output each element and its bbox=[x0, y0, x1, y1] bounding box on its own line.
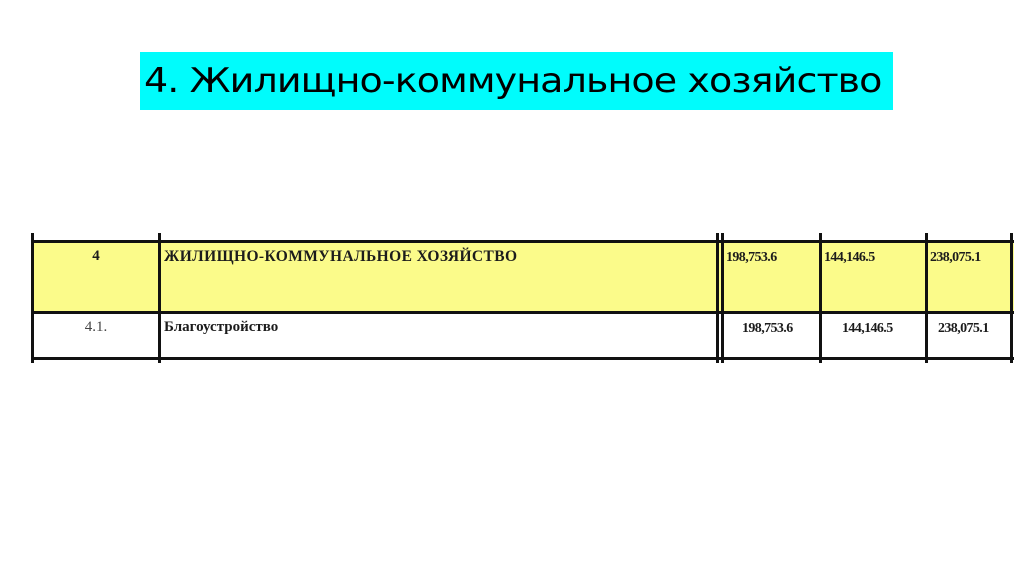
item-code: 4.1. bbox=[33, 319, 159, 336]
column-divider-name-a bbox=[716, 233, 719, 363]
table-border-right bbox=[1010, 233, 1013, 363]
table-row-divider bbox=[32, 311, 1014, 314]
section-name: ЖИЛИЩНО-КОММУНАЛЬНОЕ ХОЗЯЙСТВО bbox=[164, 248, 517, 266]
item-value-3: 238,075.1 bbox=[938, 321, 989, 337]
item-value-1: 198,753.6 bbox=[742, 321, 793, 337]
column-divider-value-1 bbox=[819, 233, 822, 363]
column-divider-value-2 bbox=[925, 233, 928, 363]
section-code: 4 bbox=[33, 248, 159, 265]
budget-table: 4 ЖИЛИЩНО-КОММУНАЛЬНОЕ ХОЗЯЙСТВО 198,753… bbox=[30, 233, 1016, 363]
table-border-bottom bbox=[32, 357, 1014, 360]
table-border-top bbox=[32, 240, 1014, 243]
section-value-1: 198,753.6 bbox=[726, 250, 777, 266]
section-value-2: 144,146.5 bbox=[824, 250, 875, 266]
item-name: Благоустройство bbox=[164, 319, 278, 336]
column-divider-name-b bbox=[721, 233, 724, 363]
slide-title: 4. Жилищно-коммунальное хозяйство bbox=[140, 52, 893, 110]
section-value-3: 238,075.1 bbox=[930, 250, 981, 266]
item-value-2: 144,146.5 bbox=[842, 321, 893, 337]
slide-title-text: 4. Жилищно-коммунальное хозяйство bbox=[144, 52, 882, 110]
